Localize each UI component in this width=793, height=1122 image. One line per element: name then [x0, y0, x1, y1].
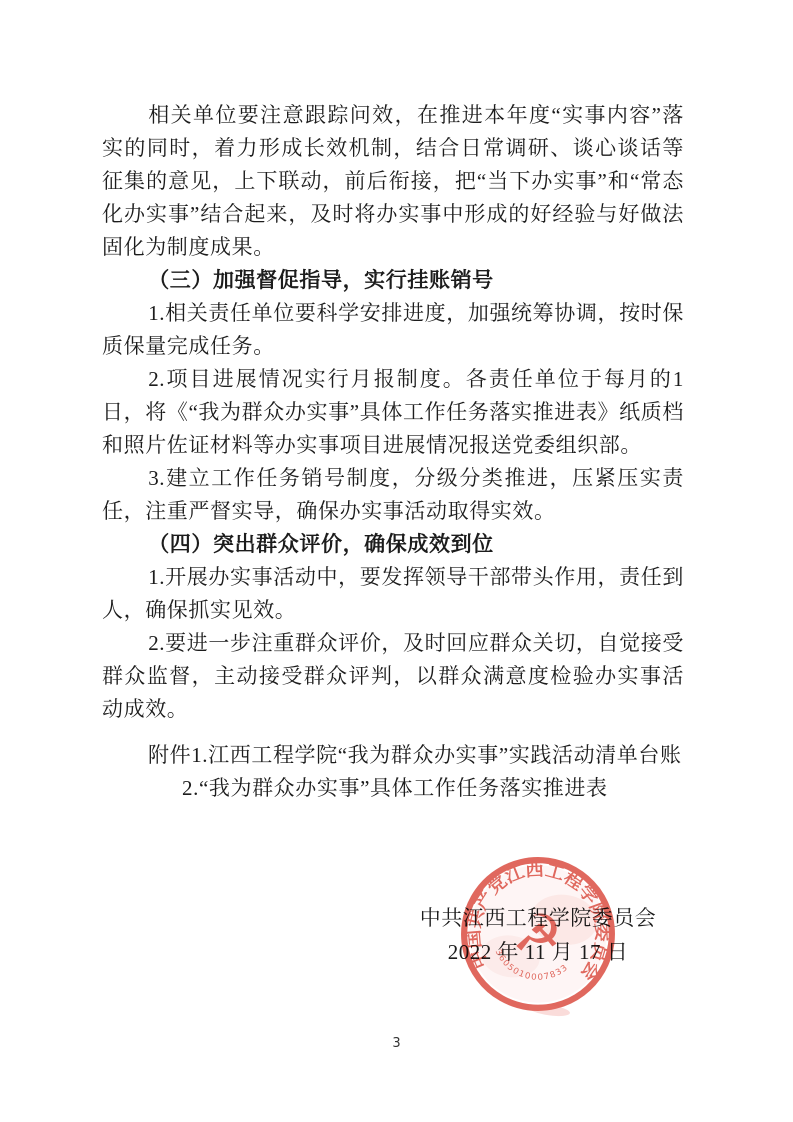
paragraph: 2.项目进展情况实行月报制度。各责任单位于每月的1日，将《“我为群众办实事”具体… [102, 363, 684, 462]
paragraph: 1.开展办实事活动中，要发挥领导干部带头作用，责任到人，确保抓实见效。 [102, 561, 684, 627]
paragraph: 2.要进一步注重群众评价，及时回应群众关切，自觉接受群众监督，主动接受群众评判，… [102, 627, 684, 726]
section-heading-3: （三）加强督促指导，实行挂账销号 [102, 264, 684, 297]
official-seal: 中国共产党江西工程学院委员会 3605010007833 ☭ [450, 846, 626, 1022]
page-number: 3 [0, 1036, 793, 1051]
attachments-block: 附件1.江西工程学院“我为群众办实事”实践活动清单台账 2.“我为群众办实事”具… [148, 739, 682, 805]
attachment-item: 2.“我为群众办实事”具体工作任务落实推进表 [182, 772, 682, 805]
attachment-item: 附件1.江西工程学院“我为群众办实事”实践活动清单台账 [148, 739, 682, 772]
attachments-label: 附件 [148, 743, 191, 767]
body-text: 相关单位要注意跟踪问效，在推进本年度“实事内容”落实的同时，着力形成长效机制，结… [102, 99, 684, 805]
paragraph: 3.建立工作任务销号制度，分级分类推进，压紧压实责任，注重严督实导，确保办实事活… [102, 462, 684, 528]
attachment-item-text: 1.江西工程学院“我为群众办实事”实践活动清单台账 [191, 743, 681, 767]
paragraph: 1.相关责任单位要科学安排进度，加强统筹协调，按时保质保量完成任务。 [102, 297, 684, 363]
paragraph: 相关单位要注意跟踪问效，在推进本年度“实事内容”落实的同时，着力形成长效机制，结… [102, 99, 684, 264]
document-page: 相关单位要注意跟踪问效，在推进本年度“实事内容”落实的同时，着力形成长效机制，结… [0, 0, 793, 1122]
party-emblem-icon: ☭ [510, 900, 567, 969]
section-heading-4: （四）突出群众评价，确保成效到位 [102, 528, 684, 561]
